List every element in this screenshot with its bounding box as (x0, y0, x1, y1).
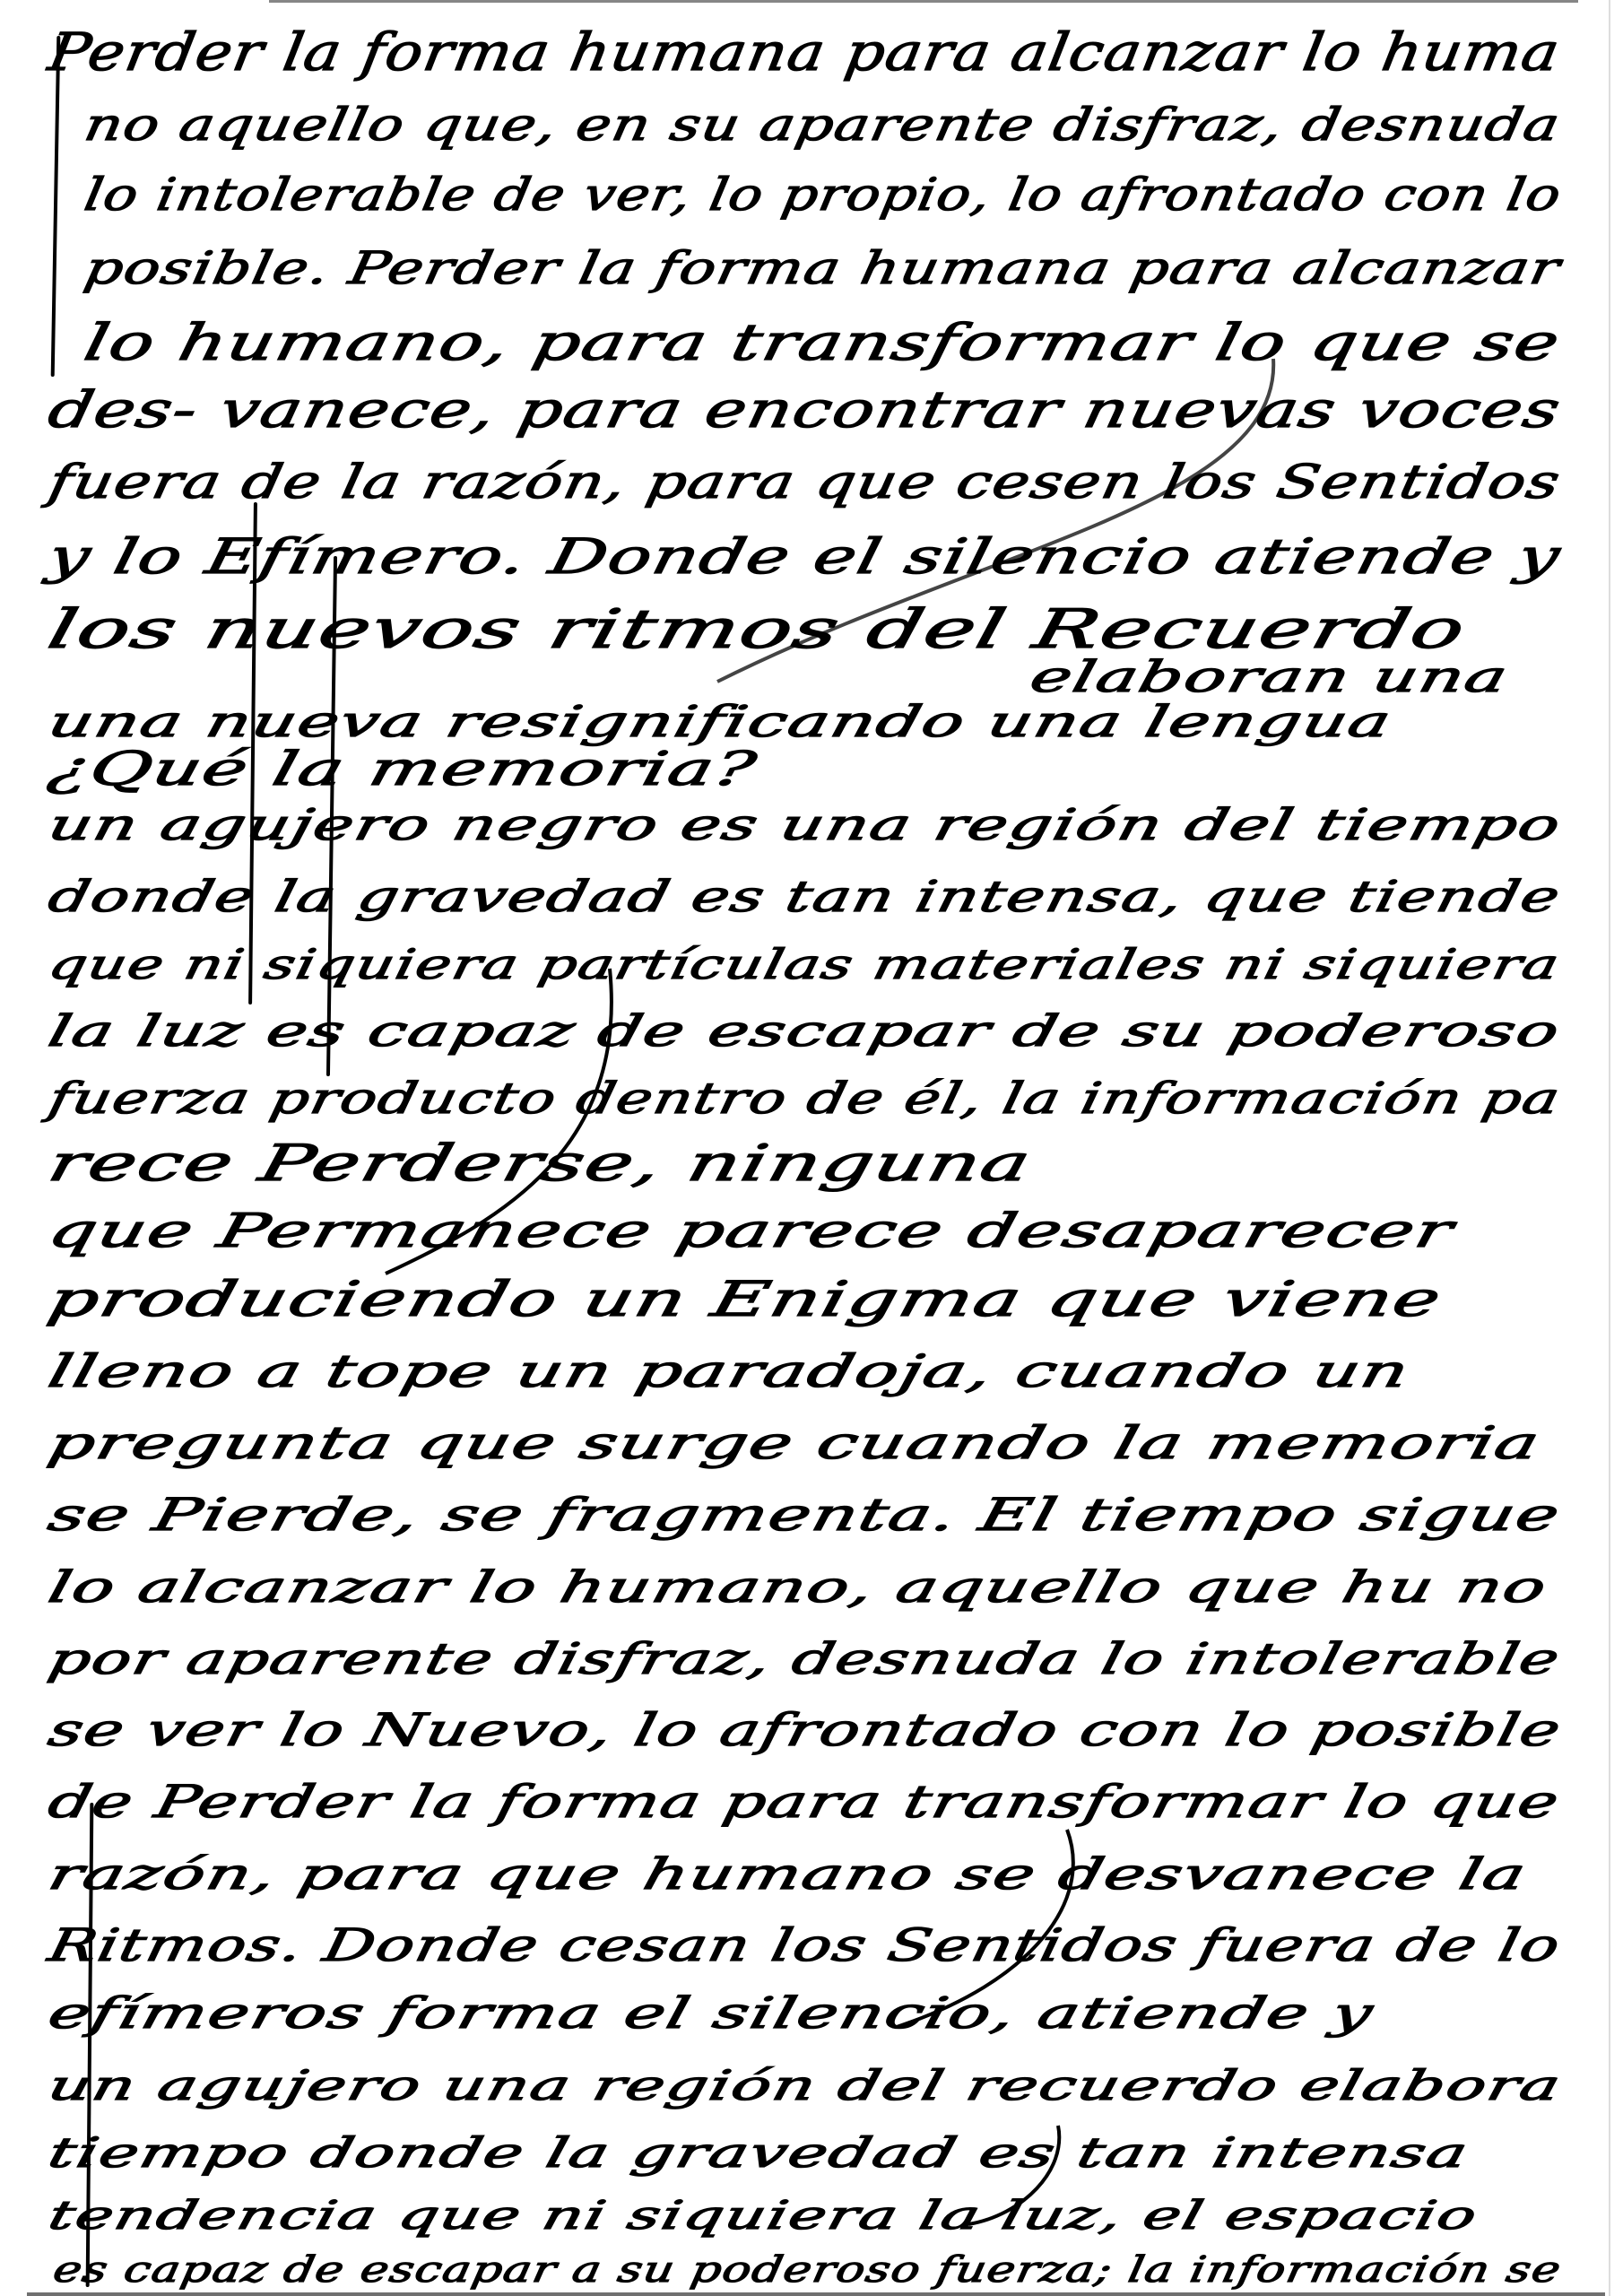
handwritten-line: es capaz de escapar a su poderoso fuerza… (50, 2249, 1566, 2291)
handwritten-line: posible. Perder la forma humana para alc… (81, 242, 1566, 294)
handwritten-line: elaboran una (1026, 652, 1514, 702)
handwritten-line: tendencia que ni siquiera la luz, el esp… (44, 2193, 1482, 2239)
handwritten-line: fuerza producto dentro de él, la informa… (44, 1074, 1565, 1124)
handwritten-line: la luz es capaz de escapar de su poderos… (44, 1006, 1566, 1057)
handwritten-line: por aparente disfraz, desnuda lo intoler… (44, 1634, 1565, 1684)
manuscript-page: Perder la forma humana para alcanzar lo … (0, 0, 1623, 2296)
handwritten-line: se Pierde, se fragmenta. El tiempo sigue (44, 1489, 1566, 1541)
handwritten-line: lo intolerable de ver, lo propio, lo afr… (81, 169, 1566, 221)
handwritten-line: rece Perderse, ninguna (43, 1135, 1037, 1193)
handwritten-line: una nueva resignificando una lengua (44, 697, 1397, 747)
handwritten-line: lleno a tope un paradoja, cuando un (43, 1345, 1415, 1397)
handwritten-line: Perder la forma humana para alcanzar lo … (44, 22, 1565, 83)
handwritten-line: fuera de la razón, para que cesen los Se… (44, 456, 1565, 509)
handwritten-line: se ver lo Nuevo, lo afrontado con lo pos… (44, 1704, 1567, 1756)
handwritten-line: lo humano, para transformar lo que se (79, 314, 1565, 372)
handwritten-line: des- vanece, para encontrar nuevas voces (44, 381, 1566, 439)
handwritten-line: lo alcanzar lo humano, aquello que hu no (44, 1562, 1552, 1613)
handwritten-line: un agujero negro es una región del tiemp… (44, 800, 1567, 850)
handwritten-line: un agujero una región del recuerdo elabo… (44, 2061, 1567, 2109)
handwritten-line: efímeros forma el silencio, atiende y (44, 1988, 1379, 2039)
handwritten-line: donde la gravedad es tan intensa, que ti… (44, 872, 1565, 922)
handwritten-line: tiempo donde la gravedad es tan intensa (44, 2128, 1473, 2177)
handwritten-line: no aquello que, en su aparente disfraz, … (81, 99, 1565, 151)
handwritten-line: y lo Efímero. Donde el silencio atiende … (43, 528, 1566, 585)
handwritten-line: que Permanece parece desaparecer (43, 1205, 1459, 1258)
handwritten-line: produciendo un Enigma que viene (43, 1271, 1447, 1327)
handwritten-line: de Perder la forma para transformar lo q… (44, 1776, 1565, 1828)
handwritten-line: Ritmos. Donde cesan los Sentidos fuera d… (44, 1919, 1565, 1971)
handwritten-line: ¿Qué la memoria? (43, 743, 762, 796)
handwritten-line: razón, para que humano se desvanece la (44, 1849, 1532, 1900)
handwritten-line: que ni siquiera partículas materiales ni… (45, 940, 1565, 988)
